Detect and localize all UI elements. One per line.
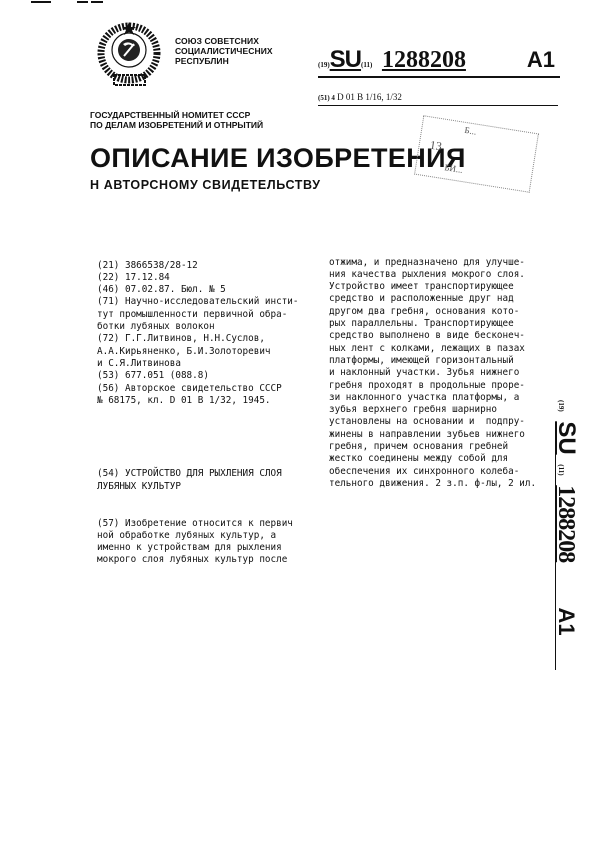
biblio-line: № 68175, кл. D 01 B 1/32, 1945. <box>97 395 299 407</box>
inid-code-11: (11) <box>557 464 565 475</box>
biblio-line: (71) Научно-исследовательский инсти- <box>97 296 299 308</box>
ussr-coat-of-arms-icon <box>92 20 167 90</box>
document-title: ОПИСАНИЕ ИЗОБРЕТЕНИЯ <box>90 143 466 173</box>
bibliographic-data: (21) 3866538/28-12(22) 17.12.84(46) 07.0… <box>97 260 299 408</box>
right-column: отжима, и предназначено для улучше-ния к… <box>329 232 536 503</box>
abstract-line: обеспечения их синхронного колеба- <box>329 466 536 478</box>
inid-code-19: (19) <box>557 400 565 412</box>
title-line: (54) УСТРОЙСТВО ДЛЯ РЫХЛЕНИЯ СЛОЯ <box>97 468 299 480</box>
patent-identifier: (19)SU(11) 1288208 A1 <box>318 46 560 78</box>
biblio-line: (22) 17.12.84 <box>97 272 299 284</box>
biblio-line: (21) 3866538/28-12 <box>97 260 299 272</box>
ipc-classification: (51) 4 D 01 B 1/16, 1/32 <box>318 92 558 106</box>
abstract-line: средство и расположенные друг над <box>329 293 536 305</box>
biblio-line: (53) 677.051 (088.8) <box>97 370 299 382</box>
top-rule-left <box>31 1 51 3</box>
abstract-line: другом два гребня, основания кото- <box>329 306 536 318</box>
left-column: (21) 3866538/28-12(22) 17.12.84(46) 07.0… <box>97 235 299 579</box>
biblio-line: тут промышленности первичной обра- <box>97 309 299 321</box>
top-rule-right-a <box>77 1 88 3</box>
abstract-line: жестко соединены между собой для <box>329 453 536 465</box>
abstract-line: гребня, причем основания гребней <box>329 441 536 453</box>
biblio-line: ботки лубяных волокон <box>97 321 299 333</box>
abstract-line: мокрого слоя лубяных культур после <box>97 554 299 566</box>
abstract-line: установлены на основании и подпру- <box>329 416 536 428</box>
abstract-line: средство выполнено в виде бесконеч- <box>329 330 536 342</box>
patent-number: 1288208 <box>553 485 579 562</box>
patent-number: 1288208 <box>382 47 466 73</box>
title-line: ЛУБЯНЫХ КУЛЬТУР <box>97 481 299 493</box>
abstract-line: и наклонный участки. Зубья нижнего <box>329 367 536 379</box>
library-stamp: Б... 13 БИ... <box>414 115 539 193</box>
kind-code: A1 <box>554 608 579 636</box>
inid-code-11: (11) <box>361 61 372 69</box>
biblio-line: А.А.Кирьяненко, Б.И.Золоторевич <box>97 346 299 358</box>
abstract-line: ния качества рыхления мокрого слоя. <box>329 269 536 281</box>
abstract-line: зи наклонного участка платформы, а <box>329 392 536 404</box>
abstract-line: ных лент с колками, лежащих в пазах <box>329 343 536 355</box>
side-identifier-text: (19) SU (11) 1288208 A1 <box>552 400 580 670</box>
biblio-line: (72) Г.Г.Литвинов, Н.Н.Суслов, <box>97 333 299 345</box>
abstract-line: отжима, и предназначено для улучше- <box>329 257 536 269</box>
committee-line: ГОСУДАРСТВЕННЫЙ НОМИТЕТ СССР <box>90 110 263 120</box>
abstract-line: ной обработке лубяных культур, а <box>97 530 299 542</box>
abstract-line: (57) Изобретение относится к первич <box>97 518 299 530</box>
stamp-text: 13 <box>429 138 443 155</box>
abstract-line: именно к устройствам для рыхления <box>97 542 299 554</box>
abstract-start: (57) Изобретение относится к первичной о… <box>97 518 299 567</box>
ipc-value: D 01 B 1/16, 1/32 <box>337 92 402 102</box>
biblio-line: (46) 07.02.87. Бюл. № 5 <box>97 284 299 296</box>
stamp-text: БИ... <box>444 162 464 175</box>
abstract-line: зубья верхнего гребня шарнирно <box>329 404 536 416</box>
abstract-line: жинены в направлении зубьев нижнего <box>329 429 536 441</box>
stamp-text: Б... <box>464 125 477 137</box>
document-subtitle: Н АВТОРСНОМУ СВИДЕТЕЛЬСТВУ <box>90 178 321 192</box>
committee-name: ГОСУДАРСТВЕННЫЙ НОМИТЕТ СССР ПО ДЕЛАМ ИЗ… <box>90 110 263 130</box>
inid-code-19: (19) <box>318 61 330 69</box>
abstract-line: гребня проходят в продольные проре- <box>329 380 536 392</box>
state-name-line: СОЦИАЛИСТИЧЕСНИХ <box>175 46 273 56</box>
biblio-line: и С.Я.Литвинова <box>97 358 299 370</box>
abstract-line: платформы, имеющей горизонтальный <box>329 355 536 367</box>
kind-code: A1 <box>527 47 555 73</box>
inid-code-51: (51) 4 <box>318 94 335 102</box>
state-name-line: РЕСПУБЛИН <box>175 56 273 66</box>
state-name: СОЮЗ СОВЕТСНИХ СОЦИАЛИСТИЧЕСНИХ РЕСПУБЛИ… <box>175 36 273 66</box>
committee-line: ПО ДЕЛАМ ИЗОБРЕТЕНИЙ И ОТНРЫТИЙ <box>90 120 263 130</box>
abstract-line: тельного движения. 2 з.п. ф-лы, 2 ил. <box>329 478 536 490</box>
invention-title: (54) УСТРОЙСТВО ДЛЯ РЫХЛЕНИЯ СЛОЯЛУБЯНЫХ… <box>97 468 299 493</box>
state-name-line: СОЮЗ СОВЕТСНИХ <box>175 36 273 46</box>
country-code: SU <box>553 421 580 454</box>
country-code: SU <box>330 46 361 73</box>
biblio-line: (56) Авторское свидетельство СССР <box>97 383 299 395</box>
abstract-continuation: отжима, и предназначено для улучше-ния к… <box>329 257 536 491</box>
top-rule-right-b <box>91 1 103 3</box>
abstract-line: рых параллельны. Транспортирующее <box>329 318 536 330</box>
side-patent-identifier: (19) SU (11) 1288208 A1 <box>560 400 600 670</box>
abstract-line: Устройство имеет транспортирующее <box>329 281 536 293</box>
